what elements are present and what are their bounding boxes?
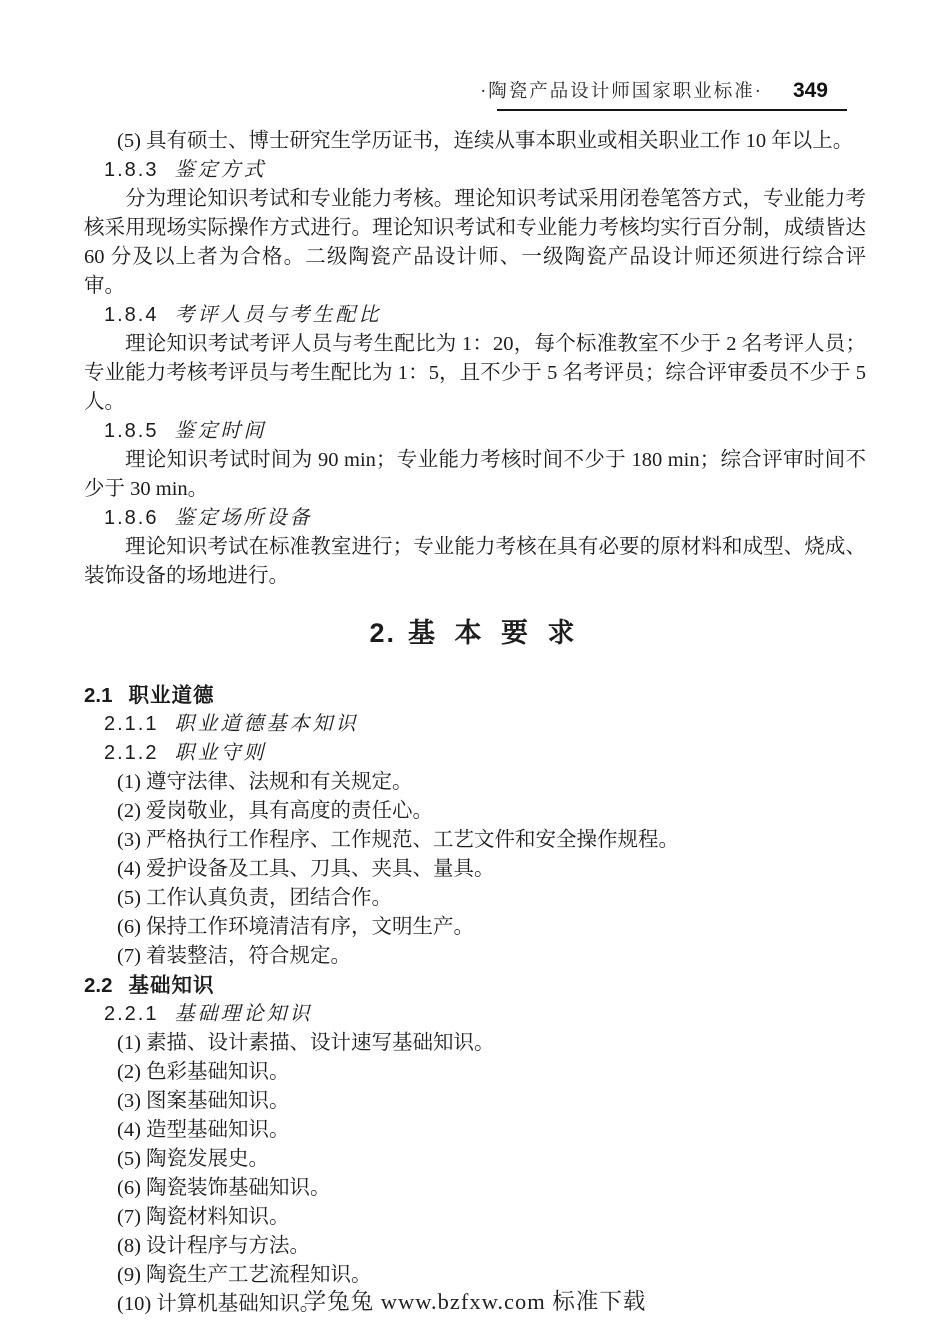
- heading-title: 基础理论知识: [174, 1003, 312, 1025]
- heading-title: 职业道德: [129, 684, 215, 707]
- list-item: (5) 工作认真负责，团结合作。: [84, 884, 866, 913]
- page-footer: 学兔兔 www.bzfxw.com 标准下载: [0, 1284, 950, 1316]
- heading-number: 2.2.1: [104, 1003, 158, 1025]
- heading-title: 基础知识: [129, 974, 215, 997]
- heading-title: 职业道德基本知识: [174, 713, 358, 735]
- heading-title: 职业守则: [174, 742, 266, 764]
- heading-number: 1.8.3: [104, 159, 158, 181]
- heading-1-8-4: 1.8.4考评人员与考生配比: [84, 301, 866, 330]
- heading-number: 2.1.1: [104, 713, 158, 735]
- heading-number: 1.8.4: [104, 304, 158, 326]
- heading-2-1: 2.1职业道德: [84, 681, 866, 710]
- chapter-number: 2.: [369, 618, 396, 648]
- heading-number: 2.1.2: [104, 742, 158, 764]
- list-item: (4) 爱护设备及工具、刀具、夹具、量具。: [84, 855, 866, 884]
- document-body: (5) 具有硕士、博士研究生学历证书，连续从事本职业或相关职业工作 10 年以上…: [0, 111, 950, 1319]
- heading-number: 1.8.5: [104, 420, 158, 442]
- page-number: 349: [793, 80, 828, 102]
- heading-2-2-1: 2.2.1基础理论知识: [84, 1000, 866, 1029]
- heading-title: 鉴定场所设备: [174, 507, 312, 529]
- running-title: ·陶瓷产品设计师国家职业标准·: [480, 81, 763, 103]
- chapter-title: 基 本 要 求: [408, 618, 581, 648]
- paragraph: 分为理论知识考试和专业能力考核。理论知识考试采用闭卷笔答方式，专业能力考核采用现…: [84, 185, 866, 301]
- heading-title: 鉴定时间: [174, 420, 266, 442]
- running-head: ·陶瓷产品设计师国家职业标准· 349: [0, 80, 950, 103]
- page-header: ·陶瓷产品设计师国家职业标准· 349: [0, 0, 950, 111]
- list-item: (5) 具有硕士、博士研究生学历证书，连续从事本职业或相关职业工作 10 年以上…: [84, 127, 866, 156]
- heading-number: 1.8.6: [104, 507, 158, 529]
- list-item: (2) 爱岗敬业，具有高度的责任心。: [84, 797, 866, 826]
- heading-title: 鉴定方式: [174, 159, 266, 181]
- list-item: (3) 严格执行工作程序、工作规范、工艺文件和安全操作规程。: [84, 826, 866, 855]
- heading-1-8-6: 1.8.6鉴定场所设备: [84, 504, 866, 533]
- paragraph: 理论知识考试在标准教室进行；专业能力考核在具有必要的原材料和成型、烧成、装饰设备…: [84, 533, 866, 591]
- list-item: (3) 图案基础知识。: [84, 1087, 866, 1116]
- list-item: (2) 色彩基础知识。: [84, 1058, 866, 1087]
- heading-1-8-3: 1.8.3鉴定方式: [84, 156, 866, 185]
- heading-number: 2.1: [84, 684, 113, 707]
- heading-number: 2.2: [84, 974, 113, 997]
- document-page: ·陶瓷产品设计师国家职业标准· 349 (5) 具有硕士、博士研究生学历证书，连…: [0, 0, 950, 1335]
- list-item: (5) 陶瓷发展史。: [84, 1145, 866, 1174]
- list-item: (7) 着装整洁，符合规定。: [84, 942, 866, 971]
- heading-2-1-2: 2.1.2职业守则: [84, 739, 866, 768]
- heading-2-2: 2.2基础知识: [84, 971, 866, 1000]
- heading-title: 考评人员与考生配比: [174, 304, 381, 326]
- watermark-text: 学兔兔 www.bzfxw.com 标准下载: [304, 1289, 647, 1314]
- list-item: (8) 设计程序与方法。: [84, 1232, 866, 1261]
- paragraph: 理论知识考试时间为 90 min；专业能力考核时间不少于 180 min；综合评…: [84, 446, 866, 504]
- heading-1-8-5: 1.8.5鉴定时间: [84, 417, 866, 446]
- list-item: (1) 素描、设计素描、设计速写基础知识。: [84, 1029, 866, 1058]
- list-item: (1) 遵守法律、法规和有关规定。: [84, 768, 866, 797]
- list-item: (4) 造型基础知识。: [84, 1116, 866, 1145]
- list-item: (6) 陶瓷装饰基础知识。: [84, 1174, 866, 1203]
- chapter-heading: 2.基 本 要 求: [84, 616, 866, 650]
- heading-2-1-1: 2.1.1职业道德基本知识: [84, 710, 866, 739]
- paragraph: 理论知识考试考评人员与考生配比为 1：20，每个标准教室不少于 2 名考评人员；…: [84, 330, 866, 417]
- list-item: (7) 陶瓷材料知识。: [84, 1203, 866, 1232]
- list-item: (6) 保持工作环境清洁有序，文明生产。: [84, 913, 866, 942]
